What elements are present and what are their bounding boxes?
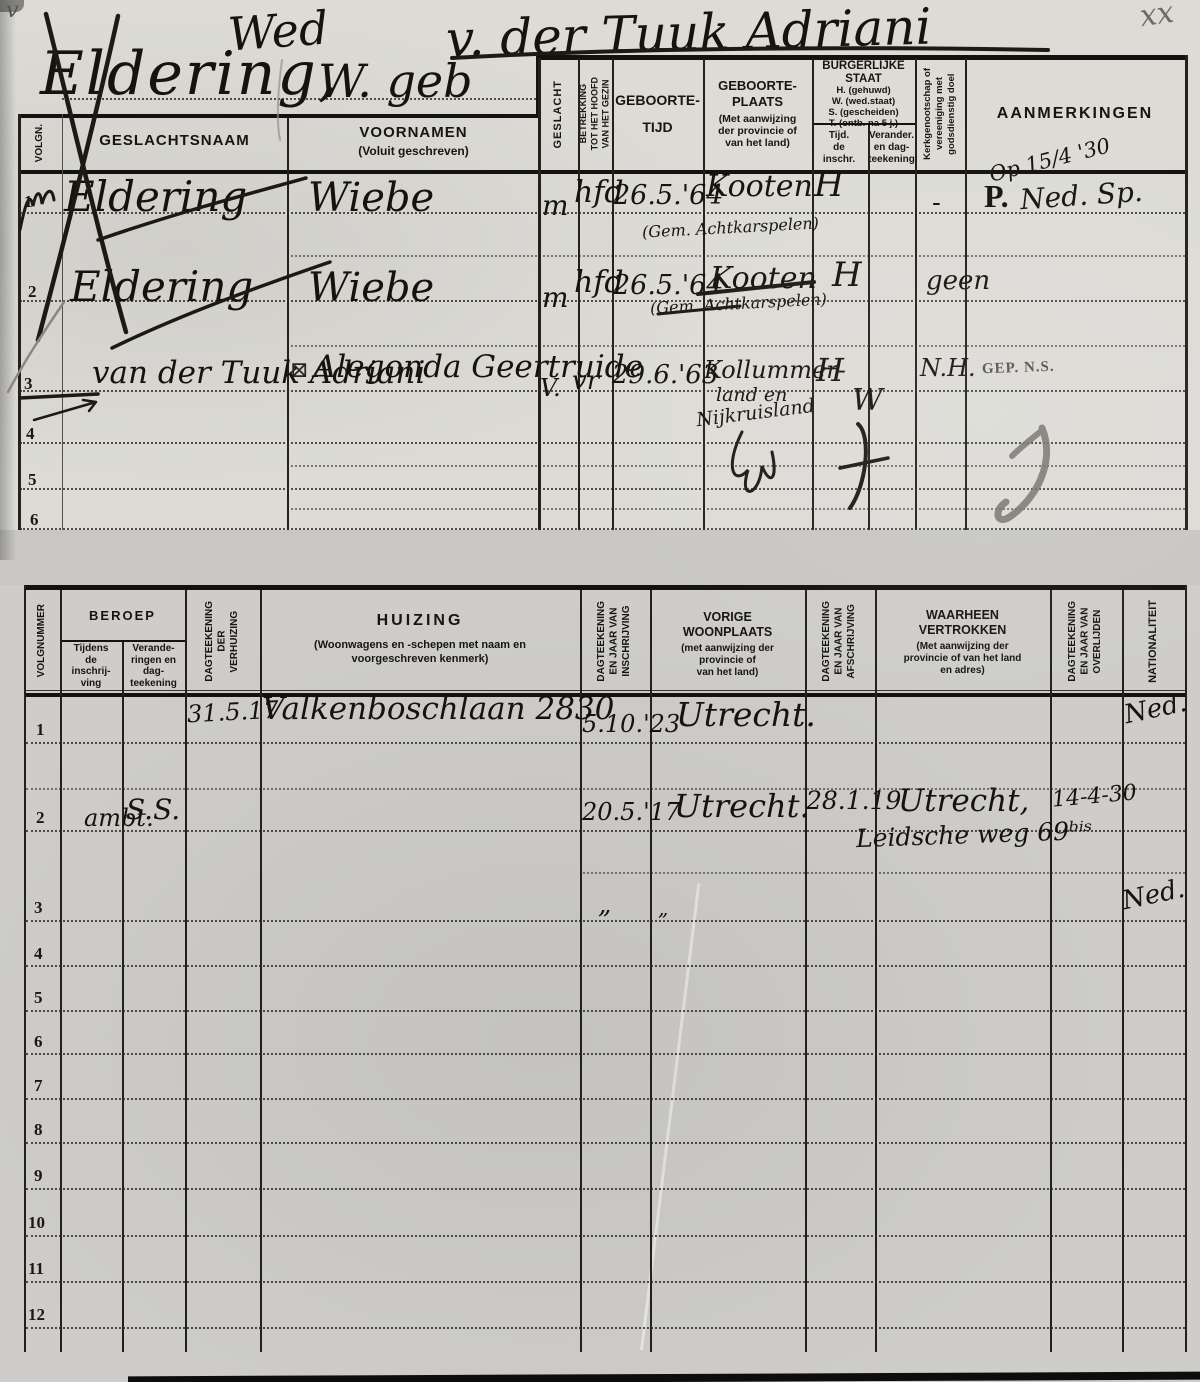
t1-header-betrekking: BETREKKING TOT HET HOOFD VAN HET GEZIN bbox=[578, 58, 612, 170]
pencil-check-mark: v bbox=[6, 0, 18, 22]
column-line bbox=[62, 114, 63, 530]
t2-header-waarheen-label: WAARHEEN VERTROKKEN bbox=[919, 608, 1007, 638]
column-line bbox=[18, 114, 21, 530]
t2-header-beroep-c2: Verande- ringen en dag- teekening bbox=[122, 642, 185, 690]
t1-r2-geslacht: m bbox=[542, 284, 569, 312]
t1-header-geboorteplaats: GEBOORTE- PLAATS (Met aanwijzing der pro… bbox=[703, 78, 812, 149]
ruled-line bbox=[26, 1235, 1185, 1237]
column-line bbox=[287, 117, 289, 530]
ruled-line bbox=[26, 1010, 1185, 1012]
t2-row-number: 9 bbox=[34, 1166, 43, 1186]
t1-row-number: 1 bbox=[24, 192, 33, 212]
t2-r2-vorige-woonplaats: Utrecht. bbox=[674, 790, 810, 822]
t2-header-huizing: HUIZING (Woonwagens en -schepen met naam… bbox=[260, 612, 580, 667]
ruled-line bbox=[287, 465, 1185, 467]
t1-header-voornamen-sub: (Voluit geschreven) bbox=[358, 144, 468, 158]
t1-r3-kerk: N.H. bbox=[920, 356, 976, 380]
t1-r1-geslachtsnaam: Eldering bbox=[64, 176, 247, 218]
ruled-line bbox=[20, 442, 1185, 444]
t1-header-staat-c1: Tijd. de inschr. bbox=[812, 125, 866, 170]
t2-r2-afschrijving: 28.1.19 bbox=[806, 788, 901, 813]
t1-r3-staat-verander: W bbox=[852, 386, 883, 416]
ruled-line bbox=[26, 1327, 1185, 1329]
ruled-line bbox=[287, 255, 1185, 257]
t1-r1-voornamen: Wiebe bbox=[308, 178, 434, 218]
title-surname: Eldering, bbox=[40, 44, 339, 104]
column-line bbox=[868, 125, 870, 530]
column-line bbox=[538, 58, 541, 530]
ruled-line bbox=[26, 965, 1185, 967]
t1-header-burgstaat: BURGERLIJKE STAAT H. (gehuwd) W. (wed.st… bbox=[812, 60, 915, 130]
t1-header-kerk: Kerkgenootschap of vereeniging met godsd… bbox=[915, 58, 965, 170]
t2-header-afschrijving: DAGTEEKENING EN JAAR VAN AFSCHRIJVING bbox=[805, 592, 875, 690]
t2-r1-huizing: Valkenboschlaan 2830 bbox=[262, 694, 614, 725]
t1-header-burgstaat-label: BURGERLIJKE STAAT bbox=[822, 60, 904, 85]
t2-row-number: 2 bbox=[36, 808, 45, 828]
ruled-line bbox=[580, 872, 1185, 874]
t2-header-waarheen: WAARHEEN VERTROKKEN (Met aanwijzing der … bbox=[875, 608, 1050, 677]
t1-header-volgn-label: VOLGN. bbox=[34, 124, 47, 162]
t2-row-number: 7 bbox=[34, 1076, 43, 1096]
t2-header-overlijden-label: DAGTEEKENING EN JAAR VAN OVERLIJDEN bbox=[1067, 601, 1105, 682]
t2-row-number: 12 bbox=[28, 1305, 45, 1325]
t2-header-beroep: BEROEP bbox=[60, 608, 185, 623]
ruled-line bbox=[20, 528, 1185, 530]
ruled-line bbox=[26, 1188, 1185, 1190]
t2-header-vorige-label: VORIGE WOONPLAATS bbox=[683, 610, 772, 640]
t1-row-number: 6 bbox=[30, 510, 39, 530]
t2-r2-inschrijving: 20.5.'17 bbox=[582, 800, 680, 824]
t2-header-volgnummer: VOLGNUMMER bbox=[25, 592, 60, 690]
t1-r3-aanmerking-stamp: GEP. N.S. bbox=[982, 359, 1055, 379]
t1-row-number: 5 bbox=[28, 470, 37, 490]
population-register-card: v xx Wed Eldering, W. geb v. der Tuuk Ad… bbox=[0, 0, 1200, 1382]
t2-header-vorige-sub: (met aanwijzing der provincie of van het… bbox=[681, 643, 774, 679]
column-line bbox=[1050, 590, 1052, 1352]
middle-gap-band bbox=[0, 530, 1200, 585]
t1-row-number: 4 bbox=[26, 424, 35, 444]
column-line bbox=[875, 590, 877, 1352]
ruled-line bbox=[26, 742, 1185, 744]
t1-header-kerk-label: Kerkgenootschap of vereeniging met godsd… bbox=[922, 68, 958, 160]
t1-r1-geboorteplaats: Kooten bbox=[706, 172, 813, 202]
t2-r2-waarheen-1: Utrecht, bbox=[898, 786, 1029, 817]
t2-r1-inschrijving: 5.10.'23 bbox=[582, 712, 680, 736]
t1-r2-kerk: geen bbox=[926, 268, 990, 294]
t2-header-inschrijving: DAGTEEKENING EN JAAR VAN INSCHRIJVING bbox=[580, 592, 650, 690]
t2-header-verhuizing: DAGTEEKENING DER VERHUIZING bbox=[185, 592, 260, 690]
t1-row-number: 3 bbox=[24, 374, 33, 394]
title-continuation: v. der Tuuk Adriani bbox=[445, 2, 932, 65]
t1-header-geslachtsnaam: GESLACHTSNAAM bbox=[62, 132, 287, 149]
t1-header-voornamen: VOORNAMEN (Voluit geschreven) bbox=[287, 124, 540, 158]
t2-row-number: 4 bbox=[34, 944, 43, 964]
t2-header-nationaliteit-label: NATIONALITEIT bbox=[1147, 600, 1161, 683]
t2-header-beroep-c1: Tijdens de inschrij- ving bbox=[60, 642, 122, 690]
ruled-line bbox=[20, 488, 1185, 490]
t2-header-overlijden: DAGTEEKENING EN JAAR VAN OVERLIJDEN bbox=[1050, 592, 1122, 690]
t1-r3-betrekking: vr bbox=[572, 368, 599, 394]
t2-header-verhuizing-label: DAGTEEKENING DER VERHUIZING bbox=[204, 601, 242, 682]
t1-r3-geslacht: V. bbox=[540, 376, 561, 400]
t1-r2-geboorteplaats: Kooten bbox=[710, 264, 817, 294]
nameband-top-border bbox=[18, 114, 540, 118]
t2-r3-vorige-ditto: „ bbox=[658, 898, 668, 918]
t1-r2-staat: H bbox=[832, 258, 862, 292]
ruled-line bbox=[287, 345, 1185, 347]
ruled-line bbox=[287, 508, 1185, 510]
t2-header-nationaliteit: NATIONALITEIT bbox=[1122, 592, 1185, 690]
ruled-line bbox=[26, 1281, 1185, 1283]
t2-header-vorige: VORIGE WOONPLAATS (met aanwijzing der pr… bbox=[650, 610, 805, 679]
t1-r1-aanmerking-stamp: P. bbox=[984, 180, 1009, 212]
t1-r1-staat-verander: - bbox=[932, 190, 941, 216]
t1-row-number: 2 bbox=[28, 282, 37, 302]
t1-r1-staat: H bbox=[814, 168, 844, 202]
t1-header-betrekking-label: BETREKKING TOT HET HOOFD VAN HET GEZIN bbox=[578, 77, 612, 150]
t2-row-number: 11 bbox=[28, 1259, 44, 1279]
t1-header-geslacht: GESLACHT bbox=[540, 58, 578, 170]
t2-r2-beroep-verander: S.S. bbox=[126, 796, 180, 824]
pencil-xx-mark: xx bbox=[1138, 0, 1176, 32]
t1-header-geslacht-label: GESLACHT bbox=[552, 80, 566, 149]
t1-header-voornamen-label: VOORNAMEN bbox=[359, 124, 467, 141]
t2-row-number: 10 bbox=[28, 1213, 45, 1233]
t1-r1-geslacht: m bbox=[542, 192, 569, 220]
t1-r3-geboortetijd: 29.6.'63 bbox=[612, 362, 718, 388]
column-line bbox=[1185, 55, 1188, 530]
column-line bbox=[122, 642, 124, 1352]
ruled-line bbox=[26, 1098, 1185, 1100]
t2-row-number: 3 bbox=[34, 898, 43, 918]
t1-header-volgn: VOLGN. bbox=[18, 116, 62, 170]
left-edge-shadow bbox=[0, 0, 16, 560]
t2-r1-vorige-woonplaats: Utrecht. bbox=[676, 698, 816, 731]
t2-header-volgnummer-label: VOLGNUMMER bbox=[36, 604, 49, 677]
column-line bbox=[915, 58, 917, 530]
t1-header-geboortetijd: GEBOORTE- TIJD bbox=[612, 58, 703, 170]
column-line bbox=[650, 590, 652, 1352]
t2-row-number: 8 bbox=[34, 1120, 43, 1140]
t2-header-afschrijving-label: DAGTEEKENING EN JAAR VAN AFSCHRIJVING bbox=[821, 601, 859, 682]
t2-row-number: 6 bbox=[34, 1032, 43, 1052]
t2-header-huizing-sub: (Woonwagens en -schepen met naam en voor… bbox=[314, 638, 526, 667]
t1-r2-geslachtsnaam: Eldering bbox=[70, 266, 253, 308]
t2-header-waarheen-sub: (Met aanwijzing der provincie of van het… bbox=[904, 641, 1022, 677]
t2-row-number: 1 bbox=[36, 720, 45, 740]
t2-r3-inschrijving-ditto: „ bbox=[598, 892, 611, 918]
t1-r3-staat: H bbox=[816, 354, 844, 386]
t2-top-border bbox=[24, 585, 1186, 590]
t1-header-staat-c2: Verander. en dag- teekening bbox=[868, 125, 915, 170]
t2-row-number: 5 bbox=[34, 988, 43, 1008]
t1-r2-voornamen: Wiebe bbox=[308, 268, 434, 308]
ruled-line bbox=[26, 1053, 1185, 1055]
ruled-line bbox=[26, 1142, 1185, 1144]
t1-r1-aanmerking-tekst: Ned. Sp. bbox=[1019, 178, 1143, 214]
t1-header-geboorteplaats-label: GEBOORTE- PLAATS bbox=[718, 78, 797, 109]
column-line bbox=[60, 590, 62, 1352]
ruled-line bbox=[26, 920, 1185, 922]
t2-header-huizing-label: HUIZING bbox=[377, 612, 464, 630]
t2-header-inschrijving-label: DAGTEEKENING EN JAAR VAN INSCHRIJVING bbox=[596, 601, 634, 682]
t1-r3-box-mark: ⊠ bbox=[290, 360, 308, 382]
t1-header-geboorteplaats-sub: (Met aanwijzing der provincie of van het… bbox=[718, 113, 797, 149]
